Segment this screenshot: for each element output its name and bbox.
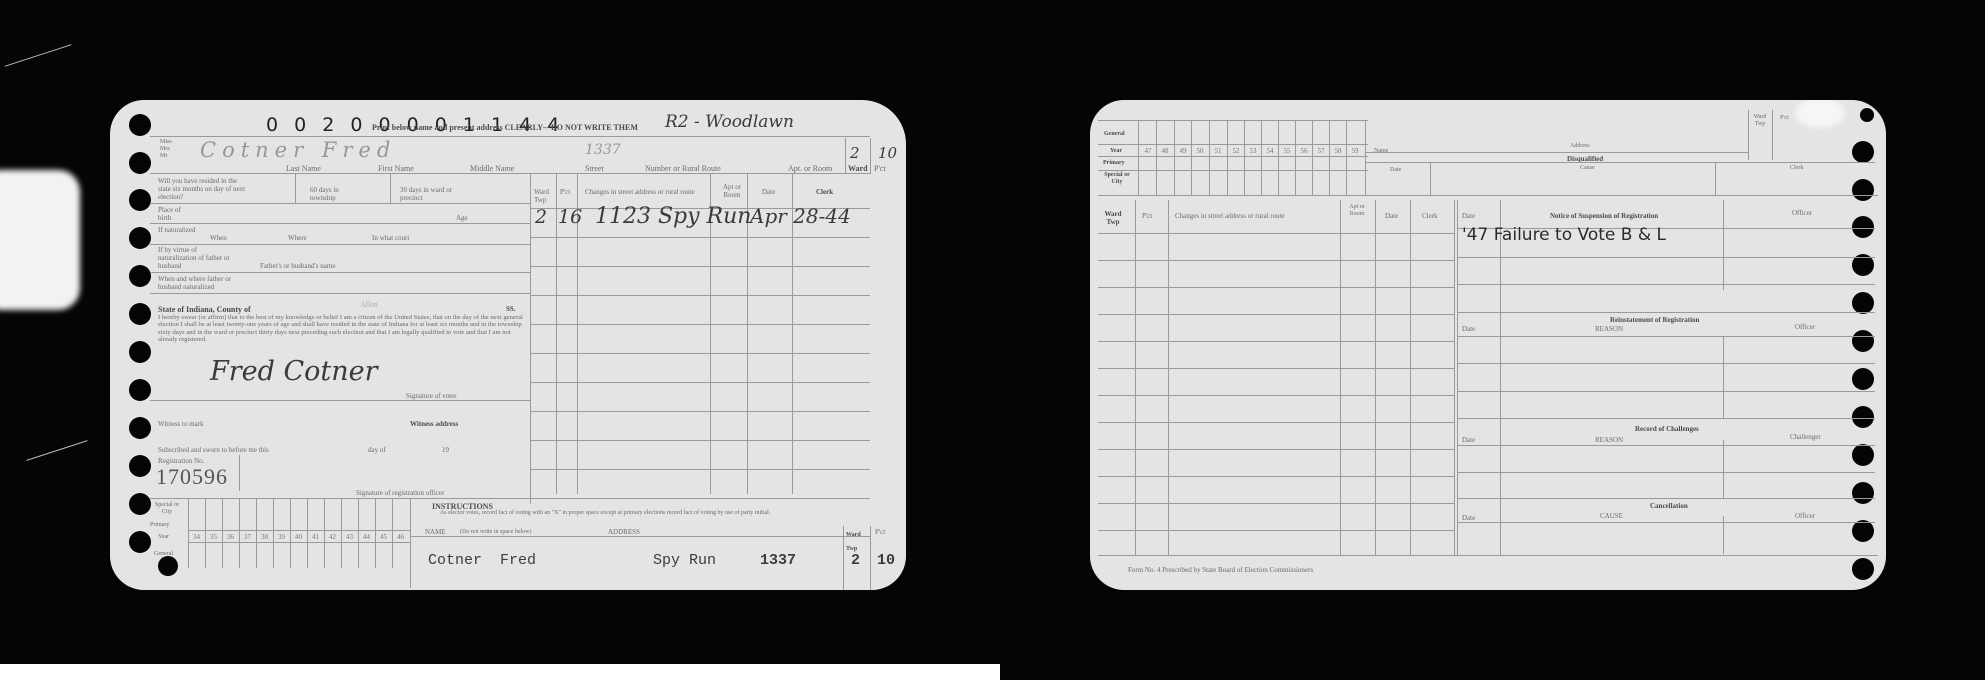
change-row-ward: 2 xyxy=(535,206,547,228)
row-label-year: Year xyxy=(158,533,169,542)
corner-glare xyxy=(1795,100,1845,128)
year-cell: 41 xyxy=(307,533,324,541)
reinstatement-heading: Reinstatement of Registration xyxy=(1610,316,1699,325)
ward-precinct-label: 30 days in ward or precinct xyxy=(400,186,470,202)
year-cell: 49 xyxy=(1175,147,1191,155)
suspension-entry: '47 Failure to Vote B & L xyxy=(1462,225,1666,245)
suspension-officer-label: Officer xyxy=(1792,209,1812,218)
year-cell: 37 xyxy=(239,533,256,541)
challenges-reason-label: REASON xyxy=(1595,436,1623,445)
ward-value: 2 xyxy=(850,144,860,162)
challenges-date-label: Date xyxy=(1462,436,1475,445)
first-name-label: First Name xyxy=(378,164,414,173)
year-cell: 38 xyxy=(256,533,273,541)
transfer-pct-label: P'ct xyxy=(1780,114,1789,123)
year-cell: 40 xyxy=(290,533,307,541)
apt-label: Apt. or Room xyxy=(788,164,832,173)
oath-heading: State of Indiana, County of xyxy=(158,305,251,314)
handwritten-name: Cotner Fred xyxy=(200,138,396,162)
typed-ward: 2 xyxy=(851,552,860,569)
row-label-general: General xyxy=(154,550,173,559)
typed-last-name: Cotner xyxy=(428,552,482,569)
reinstatement-date-label: Date xyxy=(1462,325,1475,334)
instructions-pct-label: P'ct xyxy=(875,528,885,537)
title-label-mr: Mr xyxy=(160,152,167,161)
row-label-primary: Primary xyxy=(150,521,169,530)
typed-first-name: Fred xyxy=(500,552,536,569)
back-change-header-pct: P'ct xyxy=(1142,212,1152,221)
year-cell: 44 xyxy=(358,533,375,541)
disqualified-date-label: Date xyxy=(1390,166,1401,175)
change-header-clerk: Clerk xyxy=(816,188,833,197)
challenges-challenger-label: Challenger xyxy=(1790,433,1821,442)
suspension-date-label: Date xyxy=(1462,212,1475,221)
street-label: Street xyxy=(585,164,604,173)
challenges-heading: Record of Challenges xyxy=(1635,425,1699,434)
ward-label: Ward xyxy=(848,164,868,173)
typed-pct: 10 xyxy=(877,552,895,569)
year-cell: 56 xyxy=(1296,147,1312,155)
change-header-ward: Ward Twp xyxy=(534,188,556,204)
oath-county: Allen xyxy=(360,300,378,309)
back-card: General Year Primary Special or City 47 … xyxy=(1090,100,1886,590)
pct-label: P'ct xyxy=(874,164,886,173)
pct-value: 10 xyxy=(878,144,897,162)
year-cell: 45 xyxy=(375,533,392,541)
day-of-label: day of xyxy=(368,446,386,455)
reinstatement-officer-label: Officer xyxy=(1795,323,1815,332)
naturalized-label: If naturalized xyxy=(158,226,198,234)
middle-name-label: Middle Name xyxy=(470,164,514,173)
year-cell: 36 xyxy=(222,533,239,541)
change-row-address: 1123 Spy Run xyxy=(595,204,751,229)
row-label-special: Special or City xyxy=(152,502,182,516)
when-label: When xyxy=(210,234,227,243)
year-prefix: 19 xyxy=(442,446,449,455)
scan-scratch xyxy=(5,44,72,67)
back-change-header-ward: Ward Twp xyxy=(1100,210,1126,226)
back-change-header-address: Changes in street address or rural route xyxy=(1175,212,1285,221)
father-when-where-label: When and where father or husband natural… xyxy=(158,275,248,291)
age-label: Age xyxy=(456,214,468,223)
change-header-pct: P'ct xyxy=(560,188,570,197)
back-change-header-date: Date xyxy=(1385,212,1398,221)
reinstatement-reason-label: REASON xyxy=(1595,325,1623,334)
change-row-date: Apr 28-44 xyxy=(750,204,851,228)
typed-street: Spy Run xyxy=(653,552,716,569)
row-label-general: General xyxy=(1104,130,1125,139)
form-footer: Form No. 4 Prescribed by State Board of … xyxy=(1128,566,1313,575)
row-label-primary: Primary xyxy=(1103,159,1125,168)
year-cell: 59 xyxy=(1347,147,1363,155)
year-cell: 48 xyxy=(1157,147,1173,155)
year-cell: 53 xyxy=(1245,147,1261,155)
registration-number: 170596 xyxy=(156,464,228,490)
disqualified-clerk-label: Clerk xyxy=(1790,164,1803,173)
last-name-label: Last Name xyxy=(286,164,321,173)
year-cell: 52 xyxy=(1228,147,1244,155)
oath-text: I hereby swear (or affirm) that to the b… xyxy=(158,314,524,344)
row-label-year: Year xyxy=(1110,147,1122,156)
year-cell: 57 xyxy=(1313,147,1329,155)
voter-signature: Fred Cotner xyxy=(210,356,378,387)
year-cell: 50 xyxy=(1192,147,1208,155)
print-instruction: Print below name and present address CLE… xyxy=(372,123,638,132)
year-cell: 46 xyxy=(392,533,409,541)
change-row-pct: 16 xyxy=(558,206,582,228)
handwritten-address-number: 1337 xyxy=(585,142,621,158)
year-cell: 43 xyxy=(341,533,358,541)
where-label: Where xyxy=(288,234,307,243)
scan-glare-artifact xyxy=(0,170,80,310)
transfer-address-label: Address xyxy=(1570,142,1590,151)
year-cell: 54 xyxy=(1262,147,1278,155)
transfer-ward-label: Ward Twp xyxy=(1752,114,1768,128)
back-change-header-clerk: Clerk xyxy=(1422,212,1438,221)
number-label: Number or Rural Route xyxy=(645,164,721,173)
back-change-header-apt: Apt or Room xyxy=(1342,204,1372,218)
instructions-text: As elector votes, record fact of voting … xyxy=(440,510,880,517)
oath-ss: SS. xyxy=(506,305,516,314)
year-cell: 58 xyxy=(1330,147,1346,155)
change-header-date: Date xyxy=(762,188,775,197)
registrar-signature-label: Signature of registration officer xyxy=(356,489,444,498)
handwritten-note: R2 - Woodlawn xyxy=(665,112,794,132)
township-label: 60 days in township xyxy=(310,186,365,202)
father-naturalization-label: If by virtue of naturalization of father… xyxy=(158,246,233,270)
year-cell: 39 xyxy=(273,533,290,541)
year-cell: 51 xyxy=(1210,147,1226,155)
year-cell: 55 xyxy=(1279,147,1295,155)
year-cell: 42 xyxy=(324,533,341,541)
cancellation-officer-label: Officer xyxy=(1795,512,1815,521)
witness-label: Witness to mark xyxy=(158,420,204,429)
year-cell: 34 xyxy=(188,533,205,541)
father-name-label: Father's or husband's name xyxy=(260,262,335,271)
subscribed-text: Subscribed and sworn to before me this xyxy=(158,446,269,455)
change-header-apt: Apt or Room xyxy=(720,183,744,199)
year-cell: 47 xyxy=(1140,147,1156,155)
disqualified-cause-label: Cause xyxy=(1580,164,1595,173)
front-card: 0 0 2 0 0 0 0 1 1 4 4 Print below name a… xyxy=(110,100,906,590)
row-label-special: Special or City xyxy=(1102,172,1132,186)
typed-number: 1337 xyxy=(760,552,796,569)
year-cell: 35 xyxy=(205,533,222,541)
scan-scratch xyxy=(26,440,87,461)
cancellation-cause-label: CAUSE xyxy=(1600,512,1623,521)
witness-address-label: Witness address xyxy=(410,420,458,429)
court-label: In what court xyxy=(372,234,409,243)
cancellation-heading: Cancellation xyxy=(1650,502,1688,511)
change-header-address: Changes in street address or rural route xyxy=(585,188,695,197)
residency-question: Will you have resided in the state six m… xyxy=(158,177,248,201)
place-of-birth-label: Place of birth xyxy=(158,206,194,222)
suspension-heading: Notice of Suspension of Registration xyxy=(1550,212,1658,221)
scan-border-strip xyxy=(0,664,1000,680)
